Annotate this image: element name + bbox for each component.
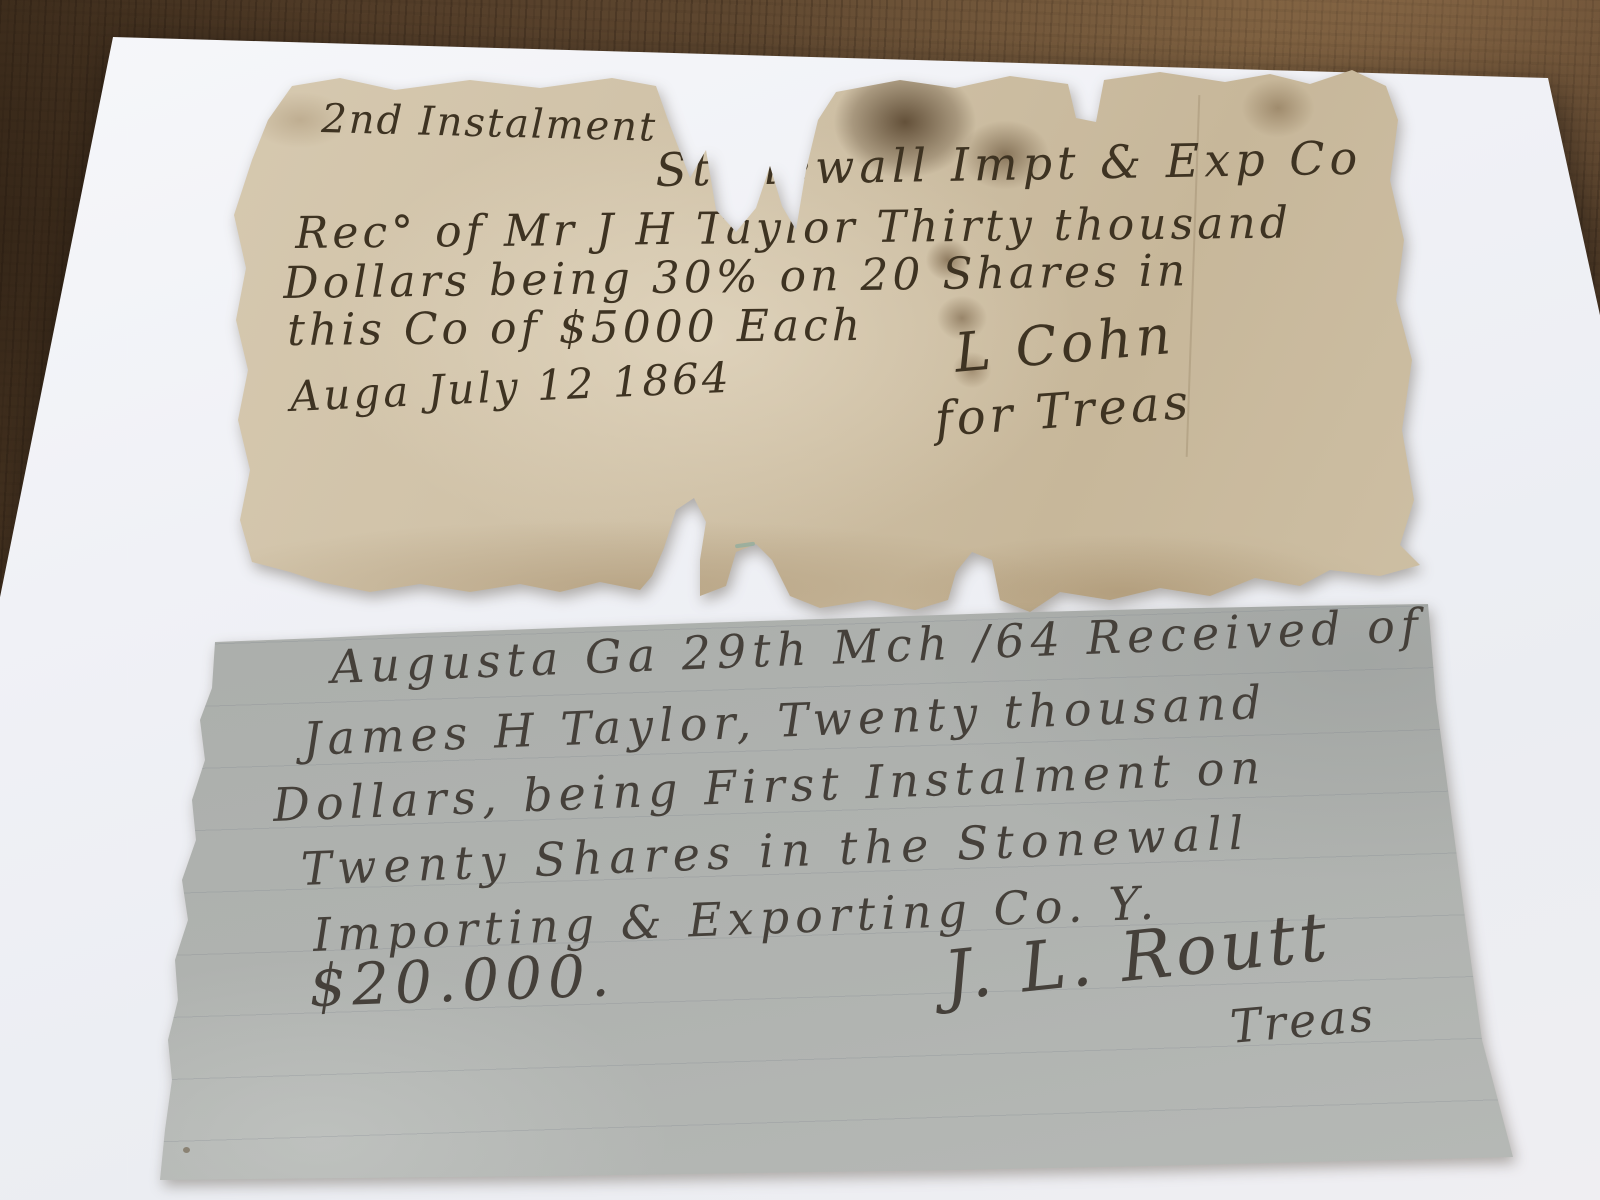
bottom-doc-amount: $20.000. [308,941,616,1020]
blue-receipt-1864: Augusta Ga 29th Mch /64 Received of Jame… [0,0,1600,1200]
blue-receipt-wrapper: Augusta Ga 29th Mch /64 Received of Jame… [0,0,1600,1200]
photo-scene: 2nd Instalment Stonewall Impt & Exp Co R… [0,0,1600,1200]
paper-spot [183,1147,190,1153]
